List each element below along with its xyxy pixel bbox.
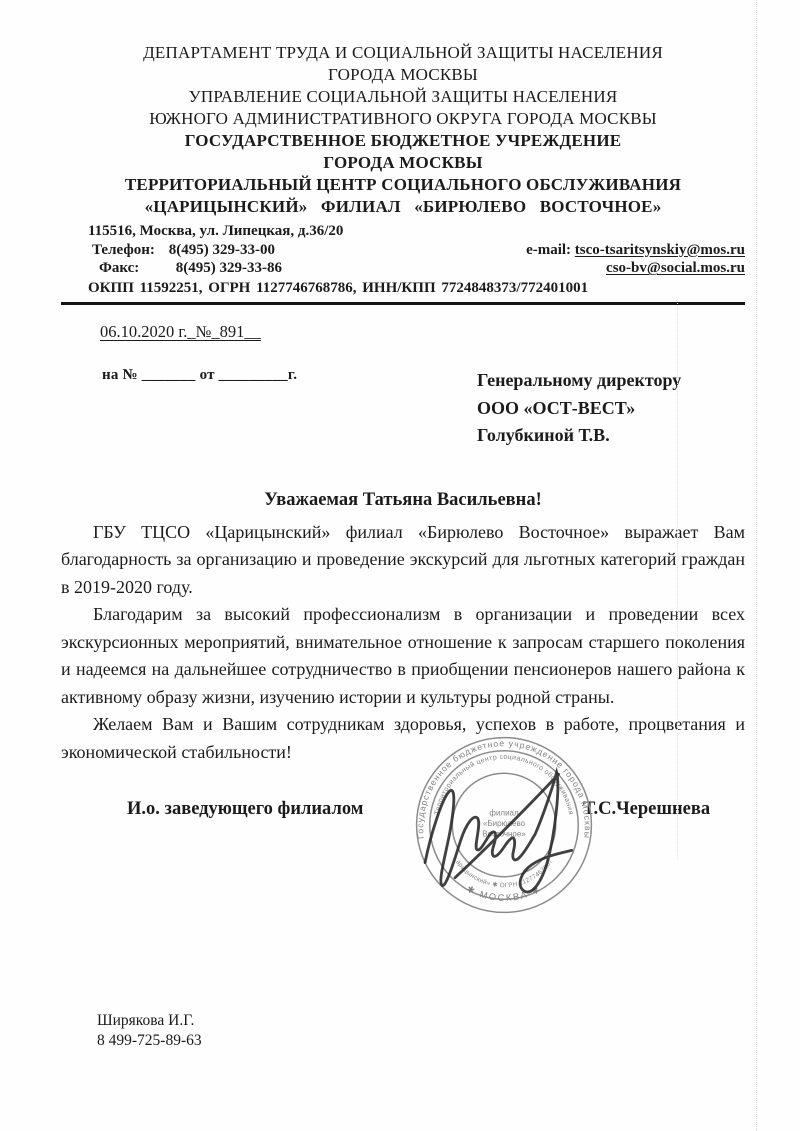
email-label: e-mail:: [526, 242, 571, 258]
fax-line: Факс: 8(495) 329-33-86: [92, 259, 282, 278]
letterhead-line-bold: ТЕРРИТОРИАЛЬНЫЙ ЦЕНТР СОЦИАЛЬНОГО ОБСЛУЖ…: [61, 174, 745, 196]
fax-value: 8(495) 329-33-86: [176, 260, 282, 276]
body-paragraph-2: Благодарим за высокий профессионализм в …: [61, 601, 745, 711]
body-paragraph-1: ГБУ ТЦСО «Царицынский» филиал «Бирюлево …: [61, 519, 745, 602]
letterhead-branch-line: «ЦАРИЦЫНСКИЙ» ФИЛИАЛ «БИРЮЛЕВО ВОСТОЧНОЕ…: [61, 196, 745, 218]
phone-value: 8(495) 329-33-00: [169, 242, 275, 258]
salutation: Уважаемая Татьяна Васильевна!: [61, 490, 745, 511]
outgoing-date-number: 06.10.2020 г._№_891__: [100, 322, 261, 342]
executor-name: Ширякова И.Г.: [97, 1011, 202, 1031]
body-paragraph-3: Желаем Вам и Вашим сотрудникам здоровья,…: [61, 711, 745, 766]
recipient-block: Генеральному директору ООО «ОСТ-ВЕСТ» Го…: [477, 367, 745, 450]
letterhead-line-bold: ГОРОДА МОСКВЫ: [61, 152, 745, 174]
recipient-company: ООО «ОСТ-ВЕСТ»: [477, 395, 745, 423]
letterhead-line: УПРАВЛЕНИЕ СОЦИАЛЬНОЙ ЗАЩИТЫ НАСЕЛЕНИЯ: [61, 86, 745, 108]
executor-phone: 8 499-725-89-63: [97, 1031, 202, 1051]
scan-artifact-line: [677, 300, 678, 860]
letterhead-line: ГОРОДА МОСКВЫ: [61, 64, 745, 86]
executor-block: Ширякова И.Г. 8 499-725-89-63: [97, 1011, 202, 1051]
email-line-1: e-mail: tsco-tsaritsynskiy@mos.ru: [526, 241, 745, 260]
recipient-title: Генеральному директору: [477, 367, 745, 395]
letterhead-line: ЮЖНОГО АДМИНИСТРАТИВНОГО ОКРУГА ГОРОДА М…: [61, 108, 745, 130]
scanned-letter-page: ДЕПАРТАМЕНТ ТРУДА И СОЦИАЛЬНОЙ ЗАЩИТЫ НА…: [0, 0, 800, 1131]
reply-to-reference: на № _______ от _________г.: [102, 367, 297, 384]
phone-line: Телефон: 8(495) 329-33-00: [92, 241, 275, 260]
email-line-2: cso-bv@social.mos.ru: [606, 259, 745, 278]
org-address: 115516, Москва, ул. Липецкая, д.36/20: [88, 222, 745, 241]
registration-numbers: ОКПП 11592251, ОГРН 1127746768786, ИНН/К…: [88, 279, 745, 298]
letterhead-line-bold: ГОСУДАРСТВЕННОЕ БЮДЖЕТНОЕ УЧРЕЖДЕНИЕ: [61, 130, 745, 152]
stamp-center-line: филиал: [489, 809, 519, 818]
letter-body: ГБУ ТЦСО «Царицынский» филиал «Бирюлево …: [61, 519, 745, 767]
letterhead: ДЕПАРТАМЕНТ ТРУДА И СОЦИАЛЬНОЙ ЗАЩИТЫ НА…: [61, 42, 745, 218]
email-primary: tsco-tsaritsynskiy@mos.ru: [575, 242, 745, 258]
fax-label: Факс:: [92, 259, 172, 278]
recipient-name: Голубкиной Т.В.: [477, 422, 745, 450]
letterhead-line: ДЕПАРТАМЕНТ ТРУДА И СОЦИАЛЬНОЙ ЗАЩИТЫ НА…: [61, 42, 745, 64]
org-contact-block: 115516, Москва, ул. Липецкая, д.36/20 Те…: [61, 222, 745, 297]
email-secondary: cso-bv@social.mos.ru: [606, 260, 745, 276]
letterhead-divider: [61, 302, 745, 305]
round-seal-icon: Государственное бюджетное учреждение гор…: [410, 731, 598, 919]
stamp-center-line: «Бирюлево: [483, 819, 526, 828]
phone-label: Телефон:: [92, 241, 165, 260]
official-stamp-and-signature: Государственное бюджетное учреждение гор…: [410, 731, 598, 919]
signatory-position: И.о. заведующего филиалом: [127, 799, 363, 820]
scan-artifact-line: [756, 0, 757, 1131]
signatory-name: Т.С.Черешнева: [583, 799, 710, 820]
